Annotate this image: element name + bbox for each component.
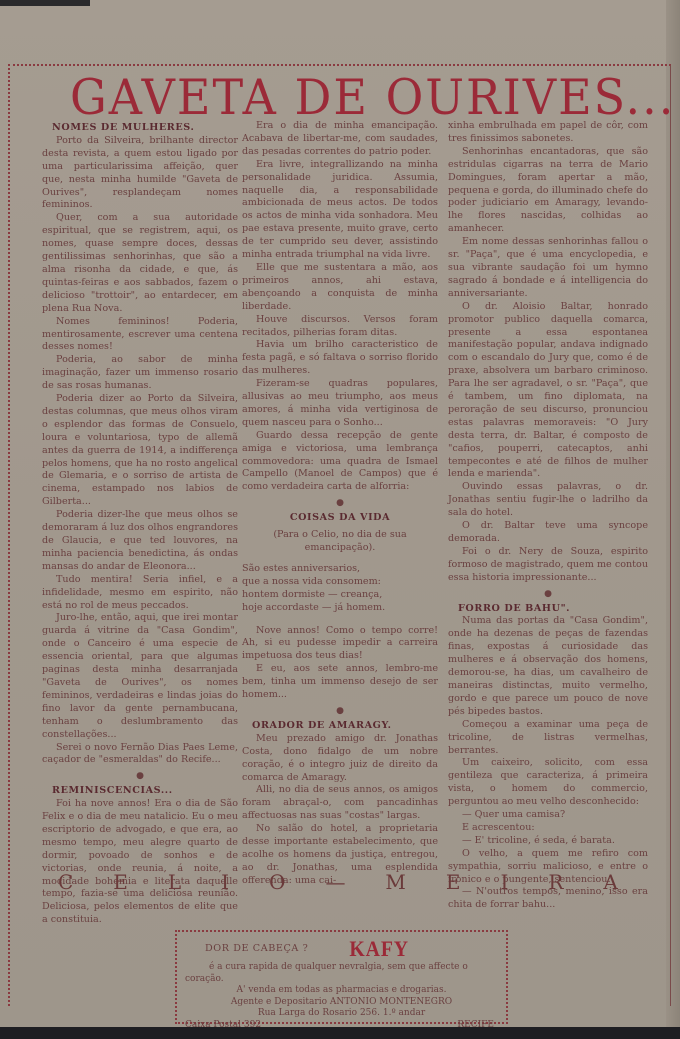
- paragraph: O dr. Baltar teve uma syncope demorada.: [448, 520, 648, 546]
- paragraph: Juro-lhe, então, aqui, que irei montar g…: [42, 612, 238, 741]
- paragraph: Um caixeiro, solicito, com essa gentilez…: [448, 757, 648, 809]
- paragraph: Foi ha nove annos! Era o dia de São Feli…: [42, 798, 238, 927]
- signature-letter: A: [603, 870, 617, 894]
- poem-verse: hoje accordaste — já homem.: [242, 602, 438, 615]
- poem-verse: São estes anniversarios,: [242, 563, 438, 576]
- paragraph: Serei o novo Fernão Dias Paes Leme, caça…: [42, 742, 238, 768]
- poem-verse: que a nossa vida consomem:: [242, 576, 438, 589]
- signature-letter: M: [385, 870, 405, 894]
- paragraph: Poderia, ao sabor de minha imaginação, f…: [42, 354, 238, 393]
- paragraph: Quer, com a sua autoridade espiritual, q…: [42, 212, 238, 315]
- signature-letter: I: [500, 870, 508, 894]
- poem-verse: hontem dormiste — creança,: [242, 589, 438, 602]
- paragraph: Era livre, integrallizando na minha pers…: [242, 159, 438, 262]
- scan-bottom-edge: [0, 1027, 680, 1039]
- paragraph: Elle que me sustentara a mão, aos primei…: [242, 262, 438, 314]
- paragraph: Senhorinhas encantadoras, que são estrid…: [448, 146, 648, 236]
- paragraph: Nove annos! Como o tempo corre! Ah, si e…: [242, 625, 438, 664]
- section-separator-dot: ●: [242, 705, 438, 718]
- column-3: xinha embrulhada em papel de côr, com tr…: [448, 120, 648, 912]
- section-separator-dot: ●: [448, 588, 648, 601]
- section-heading: NOMES DE MULHERES.: [42, 122, 238, 135]
- paragraph: Nomes femininos! Poderia, mentirosamente…: [42, 316, 238, 355]
- signature-letter: E: [113, 870, 128, 894]
- paragraph: xinha embrulhada em papel de côr, com tr…: [448, 120, 648, 146]
- ad-text: é a cura rapida de qualquer nevralgia, s…: [185, 962, 498, 985]
- paragraph: Meu prezado amigo dr. Jonathas Costa, do…: [242, 733, 438, 785]
- section-heading: ORADOR DE AMARAGY.: [242, 720, 438, 733]
- paragraph: Tudo mentira! Seria infiel, e a infideli…: [42, 574, 238, 613]
- paragraph: Numa das portas da "Casa Gondim", onde h…: [448, 615, 648, 718]
- section-separator-dot: ●: [42, 770, 238, 783]
- ad-text: Agente e Depositario ANTONIO MONTENEGRO: [185, 997, 498, 1009]
- paragraph: Havia um brilho caracteristico de festa …: [242, 339, 438, 378]
- paragraph: E eu, aos sete annos, lembro-me bem, tin…: [242, 663, 438, 702]
- poem-heading: COISAS DA VIDA: [242, 512, 438, 525]
- signature-dash: —: [325, 870, 345, 894]
- paragraph: Ouvindo essas palavras, o dr. Jonathas s…: [448, 481, 648, 520]
- column-1: NOMES DE MULHERES. Porto da Silveira, br…: [42, 120, 238, 927]
- magazine-page: GAVETA DE OURIVES... NOMES DE MULHERES. …: [0, 0, 680, 1039]
- page-title: GAVETA DE OURIVES...: [70, 69, 630, 126]
- section-heading: REMINISCENCIAS...: [42, 785, 238, 798]
- author-signature: C E L I O — M E I R A: [58, 870, 618, 894]
- paragraph: Houve discursos. Versos foram recitados,…: [242, 314, 438, 340]
- section-separator-dot: ●: [242, 497, 438, 510]
- signature-letter: O: [269, 870, 285, 894]
- section-heading: FORRO DE BAHU".: [448, 603, 648, 616]
- paragraph: Guardo dessa recepção de gente amiga e v…: [242, 430, 438, 495]
- paragraph: Era o dia de minha emancipação. Acabava …: [242, 120, 438, 159]
- paragraph: Poderia dizer-lhe que meus olhos se demo…: [42, 509, 238, 574]
- paragraph: O dr. Aloisio Baltar, honrado promotor p…: [448, 301, 648, 482]
- paragraph: — Quer uma camisa?: [448, 809, 648, 822]
- paragraph: — E' tricoline, é seda, é barata.: [448, 835, 648, 848]
- kafy-advertisement: DOR DE CABEÇA ? KAFY é a cura rapida de …: [175, 930, 508, 1024]
- paragraph: Poderia dizer ao Porto da Silveira, dest…: [42, 393, 238, 509]
- paragraph: Em nome dessas senhorinhas fallou o sr. …: [448, 236, 648, 301]
- ad-address: Rua Larga do Rosario 256. 1.º andar: [185, 1008, 498, 1020]
- paragraph: Porto da Silveira, brilhante director de…: [42, 135, 238, 212]
- paragraph: Fizeram-se quadras populares, allusivas …: [242, 378, 438, 430]
- ad-text: A' venda em todas as pharmacias e drogar…: [185, 985, 498, 997]
- paragraph: Começou a examinar uma peça de tricoline…: [448, 719, 648, 758]
- paragraph: Foi o dr. Nery de Souza, espirito formos…: [448, 546, 648, 585]
- column-2: Era o dia de minha emancipação. Acabava …: [242, 120, 438, 888]
- poem-dedication: (Para o Celio, no dia de sua emancipação…: [242, 529, 438, 555]
- signature-letter: R: [548, 870, 563, 894]
- paragraph: Alli, no dia de seus annos, os amigos fo…: [242, 784, 438, 823]
- ad-brand-name: KAFY: [350, 943, 410, 955]
- signature-letter: C: [58, 870, 73, 894]
- paragraph: E acrescentou:: [448, 822, 648, 835]
- signature-letter: E: [446, 870, 461, 894]
- signature-letter: I: [221, 870, 229, 894]
- ad-question: DOR DE CABEÇA ?: [205, 943, 308, 955]
- scan-edge-shadow: [0, 0, 90, 6]
- signature-letter: L: [168, 870, 181, 894]
